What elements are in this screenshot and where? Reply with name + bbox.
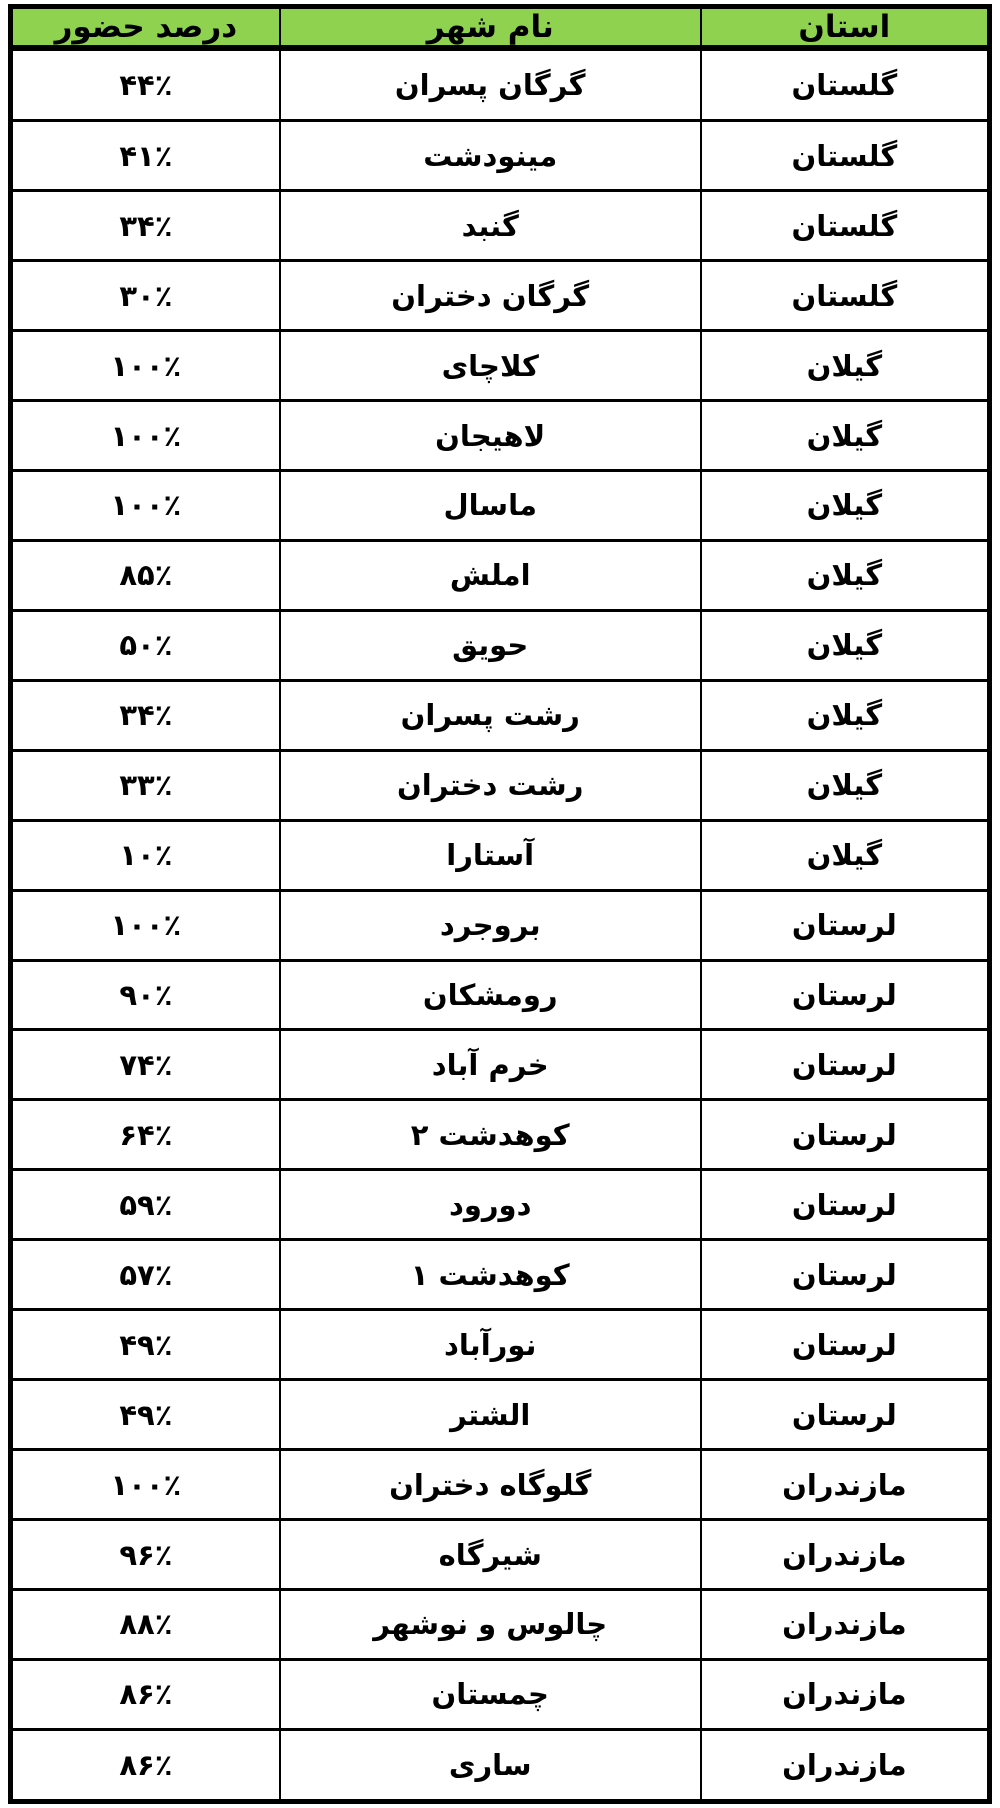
percent-cell: ۳۳٪ (11, 750, 280, 820)
table-row: گیلان ماسال ۱۰۰٪ (11, 470, 990, 540)
city-cell: شیرگاه (280, 1520, 701, 1590)
province-cell: گیلان (701, 401, 990, 471)
table-header: استان نام شهر درصد حضور (11, 7, 990, 49)
province-cell: مازندران (701, 1450, 990, 1520)
city-cell: حویق (280, 610, 701, 680)
table-row: مازندران گلوگاه دختران ۱۰۰٪ (11, 1450, 990, 1520)
table-row: گلستان گرگان دختران ۳۰٪ (11, 261, 990, 331)
province-cell: گیلان (701, 750, 990, 820)
percent-cell: ۷۴٪ (11, 1030, 280, 1100)
table-row: لرستان خرم آباد ۷۴٪ (11, 1030, 990, 1100)
page: استان نام شهر درصد حضور گلستان گرگان پسر… (0, 0, 1000, 1808)
percent-cell: ۱۰٪ (11, 820, 280, 890)
city-cell: رشت پسران (280, 680, 701, 750)
column-header-city: نام شهر (280, 7, 701, 49)
province-cell: لرستان (701, 1240, 990, 1310)
percent-cell: ۵۰٪ (11, 610, 280, 680)
city-cell: گلوگاه دختران (280, 1450, 701, 1520)
table-row: گیلان رشت دختران ۳۳٪ (11, 750, 990, 820)
province-cell: گیلان (701, 470, 990, 540)
province-cell: گلستان (701, 191, 990, 261)
percent-cell: ۴۱٪ (11, 121, 280, 191)
percent-cell: ۹۶٪ (11, 1520, 280, 1590)
province-cell: لرستان (701, 1310, 990, 1380)
table-row: لرستان الشتر ۴۹٪ (11, 1380, 990, 1450)
table-row: لرستان رومشکان ۹۰٪ (11, 960, 990, 1030)
city-cell: چمستان (280, 1659, 701, 1729)
province-cell: مازندران (701, 1520, 990, 1590)
percent-cell: ۱۰۰٪ (11, 401, 280, 471)
table-body: گلستان گرگان پسران ۴۴٪ گلستان مینودشت ۴۱… (11, 48, 990, 1802)
city-cell: الشتر (280, 1380, 701, 1450)
city-cell: دورود (280, 1170, 701, 1240)
table-row: گیلان حویق ۵۰٪ (11, 610, 990, 680)
percent-cell: ۸۶٪ (11, 1659, 280, 1729)
percent-cell: ۴۹٪ (11, 1310, 280, 1380)
province-cell: گیلان (701, 331, 990, 401)
province-cell: لرستان (701, 1100, 990, 1170)
province-cell: لرستان (701, 960, 990, 1030)
province-cell: مازندران (701, 1589, 990, 1659)
percent-cell: ۹۰٪ (11, 960, 280, 1030)
city-cell: رومشکان (280, 960, 701, 1030)
province-cell: لرستان (701, 1380, 990, 1450)
table-row: لرستان بروجرد ۱۰۰٪ (11, 890, 990, 960)
table-row: مازندران چالوس و نوشهر ۸۸٪ (11, 1589, 990, 1659)
table-row: مازندران شیرگاه ۹۶٪ (11, 1520, 990, 1590)
city-cell: ساری (280, 1729, 701, 1801)
city-cell: لاهیجان (280, 401, 701, 471)
percent-cell: ۳۴٪ (11, 191, 280, 261)
province-cell: لرستان (701, 1030, 990, 1100)
city-cell: آستارا (280, 820, 701, 890)
table-row: گیلان رشت پسران ۳۴٪ (11, 680, 990, 750)
percent-cell: ۸۸٪ (11, 1589, 280, 1659)
province-cell: گیلان (701, 540, 990, 610)
table-row: مازندران چمستان ۸۶٪ (11, 1659, 990, 1729)
table-row: مازندران ساری ۸۶٪ (11, 1729, 990, 1801)
table-row: گلستان گرگان پسران ۴۴٪ (11, 48, 990, 121)
percent-cell: ۱۰۰٪ (11, 890, 280, 960)
percent-cell: ۳۰٪ (11, 261, 280, 331)
column-header-percent: درصد حضور (11, 7, 280, 49)
table-row: لرستان دورود ۵۹٪ (11, 1170, 990, 1240)
percent-cell: ۶۴٪ (11, 1100, 280, 1170)
city-cell: کلاچای (280, 331, 701, 401)
province-cell: گلستان (701, 48, 990, 121)
province-cell: لرستان (701, 890, 990, 960)
city-cell: بروجرد (280, 890, 701, 960)
city-cell: ماسال (280, 470, 701, 540)
city-cell: مینودشت (280, 121, 701, 191)
header-row: استان نام شهر درصد حضور (11, 7, 990, 49)
percent-cell: ۳۴٪ (11, 680, 280, 750)
city-cell: رشت دختران (280, 750, 701, 820)
city-cell: کوهدشت ۱ (280, 1240, 701, 1310)
table-row: گیلان آستارا ۱۰٪ (11, 820, 990, 890)
percent-cell: ۱۰۰٪ (11, 1450, 280, 1520)
percent-cell: ۱۰۰٪ (11, 470, 280, 540)
province-cell: گیلان (701, 820, 990, 890)
city-cell: کوهدشت ۲ (280, 1100, 701, 1170)
city-cell: املش (280, 540, 701, 610)
province-cell: لرستان (701, 1170, 990, 1240)
province-cell: گلستان (701, 261, 990, 331)
province-cell: گیلان (701, 610, 990, 680)
table-row: گلستان مینودشت ۴۱٪ (11, 121, 990, 191)
province-cell: گلستان (701, 121, 990, 191)
city-cell: چالوس و نوشهر (280, 1589, 701, 1659)
percent-cell: ۵۷٪ (11, 1240, 280, 1310)
city-cell: خرم آباد (280, 1030, 701, 1100)
table-row: گلستان گنبد ۳۴٪ (11, 191, 990, 261)
city-cell: گنبد (280, 191, 701, 261)
city-cell: نورآباد (280, 1310, 701, 1380)
table-row: گیلان املش ۸۵٪ (11, 540, 990, 610)
table-row: گیلان کلاچای ۱۰۰٪ (11, 331, 990, 401)
province-cell: مازندران (701, 1729, 990, 1801)
attendance-table: استان نام شهر درصد حضور گلستان گرگان پسر… (8, 4, 992, 1804)
percent-cell: ۸۶٪ (11, 1729, 280, 1801)
table-row: گیلان لاهیجان ۱۰۰٪ (11, 401, 990, 471)
province-cell: گیلان (701, 680, 990, 750)
column-header-province: استان (701, 7, 990, 49)
table-row: لرستان کوهدشت ۲ ۶۴٪ (11, 1100, 990, 1170)
province-cell: مازندران (701, 1659, 990, 1729)
percent-cell: ۵۹٪ (11, 1170, 280, 1240)
city-cell: گرگان پسران (280, 48, 701, 121)
table-row: لرستان نورآباد ۴۹٪ (11, 1310, 990, 1380)
percent-cell: ۸۵٪ (11, 540, 280, 610)
table-row: لرستان کوهدشت ۱ ۵۷٪ (11, 1240, 990, 1310)
city-cell: گرگان دختران (280, 261, 701, 331)
percent-cell: ۴۹٪ (11, 1380, 280, 1450)
percent-cell: ۴۴٪ (11, 48, 280, 121)
percent-cell: ۱۰۰٪ (11, 331, 280, 401)
